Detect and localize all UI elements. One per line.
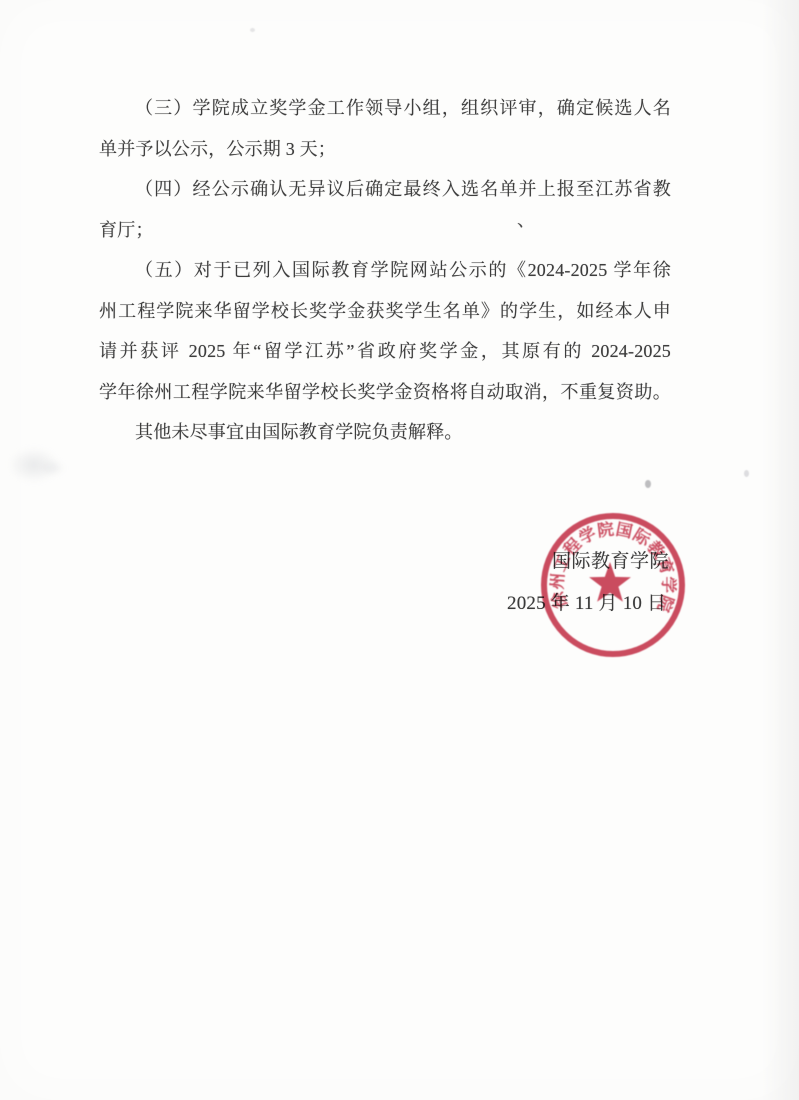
document-line: 其他未尽事宜由国际教育学院负责解释。 (99, 412, 671, 453)
scan-speck (645, 480, 651, 488)
scan-edge-shadow (762, 0, 799, 1100)
official-seal-stamp: 徐州工程学院国际教育学院 (533, 503, 699, 663)
stray-ink-mark: 、 (517, 206, 535, 232)
document-line: 单并予以公示，公示期 3 天； (99, 129, 671, 170)
seal-ring (544, 516, 682, 654)
document-line: 州工程学院来华留学校长奖学金获奖学生名单》的学生，如经本人申 (99, 291, 671, 332)
scanned-document-page: （三）学院成立奖学金工作领导小组，组织评审，确定候选人名 单并予以公示，公示期 … (0, 0, 799, 1100)
signature-date: 2025 年 11 月 10 日 (507, 594, 666, 613)
document-line: （三）学院成立奖学金工作领导小组，组织评审，确定候选人名 (99, 88, 671, 129)
signature-organization: 国际教育学院 (552, 552, 669, 571)
scan-speck (744, 470, 749, 477)
document-line: 学年徐州工程学院来华留学校长奖学金资格将自动取消，不重复资助。 (99, 372, 671, 413)
scan-smudge (40, 460, 66, 476)
scan-speck (250, 28, 255, 32)
document-line: 请并获评 2025 年“留学江苏”省政府奖学金，其原有的 2024-2025 (99, 331, 671, 372)
document-line: 育厅； (99, 210, 671, 251)
document-line: （四）经公示确认无异议后确定最终入选名单并上报至江苏省教 (99, 169, 671, 210)
document-line: （五）对于已列入国际教育学院网站公示的《2024-2025 学年徐 (99, 250, 671, 291)
document-body: （三）学院成立奖学金工作领导小组，组织评审，确定候选人名 单并予以公示，公示期 … (99, 88, 671, 453)
scan-smudge (8, 447, 60, 483)
